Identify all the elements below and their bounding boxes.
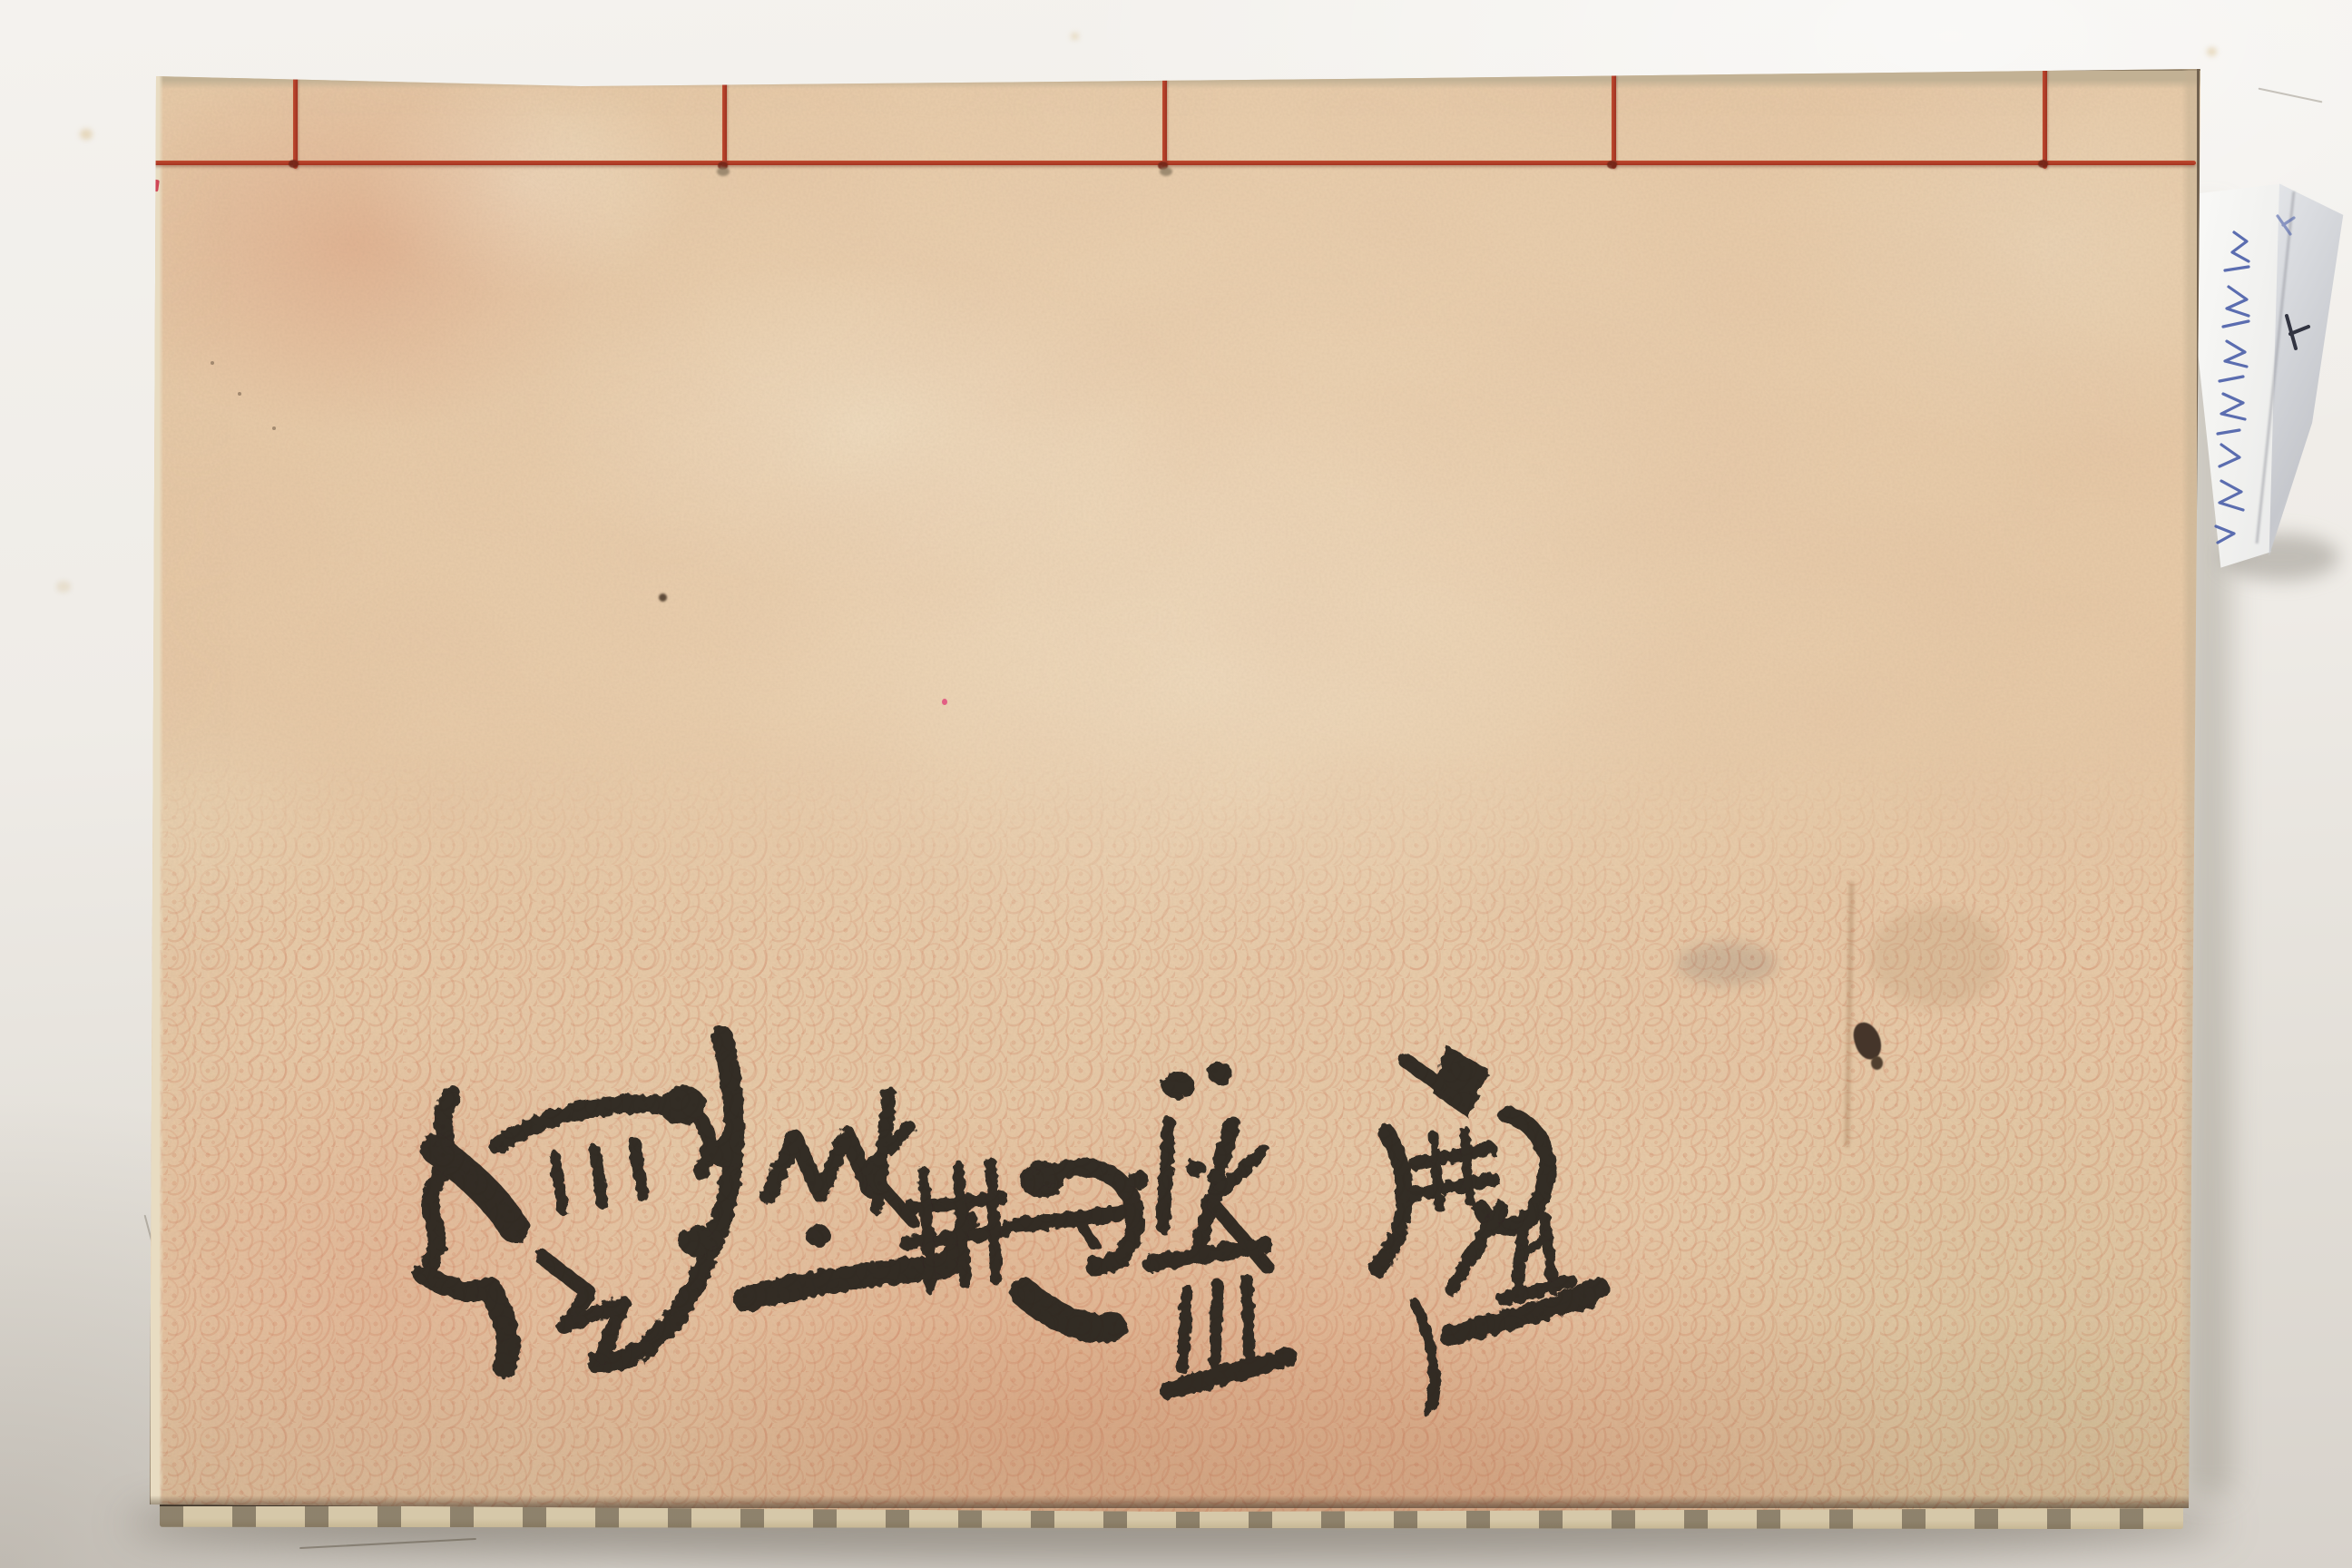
calligraphy-cluster <box>1377 1045 1599 1412</box>
book-cover <box>0 0 2352 1568</box>
background-stain <box>56 581 71 593</box>
calligraphy-cluster <box>1127 1062 1289 1390</box>
background-stain <box>1071 33 1079 40</box>
black-pen-mark <box>2287 316 2308 348</box>
calligraphy-cluster <box>906 1161 1136 1328</box>
photo-canvas <box>0 0 2352 1568</box>
blue-pen-scribbles <box>2216 216 2294 543</box>
background-stain <box>80 129 93 140</box>
slip-handwriting-svg <box>2176 180 2348 572</box>
cover-calligraphy-svg <box>0 0 2352 1568</box>
stray-fiber <box>2259 88 2323 103</box>
paper-slip <box>2176 180 2348 572</box>
background-stain <box>2207 47 2217 56</box>
